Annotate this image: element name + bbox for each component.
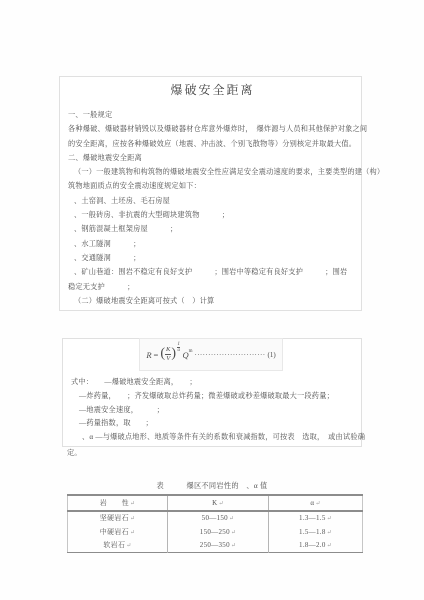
document-page: 爆破安全距离 一、一般规定 各种爆破、爆破器材销毁以及爆破器材仓库意外爆炸时， …	[0, 0, 424, 600]
definition-line: 式中： —爆破地震安全距离， ；	[71, 376, 358, 390]
table-header-alpha: α↵	[269, 495, 363, 511]
list-item: 、水工隧洞 ；	[68, 237, 357, 251]
list-item: 稳定无支护 ；	[68, 280, 357, 294]
cell-value: 50—150	[202, 514, 228, 522]
list-item: 、交通隧洞 ；	[68, 251, 357, 265]
table-cell: 1.5—1.8↵	[269, 525, 363, 539]
paragraph-line: （二）爆破地震安全距离可按式（ ）计算	[68, 294, 357, 308]
table-caption: 表 爆区不同岩性的 、α 值	[0, 481, 424, 491]
table-cell: 150—250↵	[168, 525, 269, 539]
list-item: 、土窑洞、土坯房、毛石房屋	[68, 194, 357, 208]
charge-exponent: m	[189, 349, 193, 354]
cell-value: 软岩石	[103, 541, 125, 549]
text-block-general: 爆破安全距离 一、一般规定 各种爆破、爆破器材销毁以及爆破器材仓库意外爆炸时， …	[59, 76, 362, 311]
paragraph-line: 的安全距离，应按各种爆破效应（地震、冲击波、个别飞散物等）分别核定并取最大值。	[68, 137, 357, 151]
table-cell: 坚硬岩石↵	[68, 511, 168, 526]
table-cell: 中硬岩石↵	[68, 525, 168, 539]
return-mark-icon: ↵	[231, 543, 236, 549]
list-item: 、矿山巷道：围岩不稳定有良好支护 ；围岩中等稳定有良好支护 ；围岩	[68, 265, 357, 279]
return-mark-icon: ↵	[315, 501, 320, 507]
table-header-rock-type: 岩 性↵	[68, 495, 168, 511]
rock-properties-table: 岩 性↵ K↵ α↵ 坚硬岩石↵ 50—150↵ 1.3—1.5↵ 中硬岩石↵ …	[67, 494, 363, 553]
return-mark-icon: ↵	[219, 501, 224, 507]
header-label: 岩 性	[100, 499, 129, 507]
return-mark-icon: ↵	[229, 516, 234, 522]
table-cell: 1.8—2.0↵	[269, 539, 363, 553]
definition-line: 、α —与爆破点地形、地质等条件有关的系数和衰减指数，可按表 选取， 或由试验确	[71, 431, 358, 445]
formula-image: R = ( K V ) 1 a Q m ····················…	[139, 338, 283, 371]
definition-line: —药量指数，取 ；	[71, 417, 358, 431]
table-header-row: 岩 性↵ K↵ α↵	[68, 495, 363, 511]
cell-value: 1.3—1.5	[299, 514, 326, 522]
fraction-denominator: V	[166, 355, 170, 363]
table-row: 中硬岩石↵ 150—250↵ 1.5—1.8↵	[68, 525, 363, 539]
definition-overflow-line: 定。	[67, 448, 81, 458]
equals-sign: =	[154, 350, 159, 360]
return-mark-icon: ↵	[126, 543, 131, 549]
header-label: K	[212, 499, 217, 507]
paragraph-line: 各种爆破、爆破器材销毁以及爆破器材仓库意外爆炸时， 爆炸源与人员和其他保护对象之…	[68, 122, 357, 136]
cell-value: 150—250	[200, 528, 230, 536]
return-mark-icon: ↵	[130, 516, 135, 522]
exponent-denominator: a	[178, 348, 180, 353]
paragraph-line: 二、爆破地震安全距离	[68, 151, 357, 165]
cell-value: 中硬岩石	[100, 528, 129, 536]
list-item: 、一般砖房、非抗震的大型砌块建筑物 ；	[68, 208, 357, 222]
header-label: α	[310, 499, 314, 507]
formula-equation: R = ( K V ) 1 a Q m ····················…	[146, 346, 275, 363]
return-mark-icon: ↵	[327, 530, 332, 536]
table-row: 软岩石↵ 250—350↵ 1.8—2.0↵	[68, 539, 363, 553]
cell-value: 坚硬岩石	[100, 514, 129, 522]
table-header-k: K↵	[168, 495, 269, 511]
cell-value: 250—350	[200, 541, 230, 549]
table-cell: 软岩石↵	[68, 539, 168, 553]
left-paren: (	[160, 347, 165, 361]
list-item: 、钢筋混凝土框架房屋 ；	[68, 222, 357, 236]
return-mark-icon: ↵	[327, 516, 332, 522]
right-paren: )	[171, 347, 176, 361]
return-mark-icon: ↵	[130, 501, 135, 507]
text-block-formula: R = ( K V ) 1 a Q m ····················…	[62, 338, 362, 447]
paragraph-line: （一）一般建筑物和构筑物的爆破地震安全性应满足安全震动速度的要求，主要类型的建（…	[68, 165, 357, 179]
table-cell: 50—150↵	[168, 511, 269, 526]
paragraph-line: 一、一般规定	[68, 108, 357, 122]
exponent-fraction: 1 a	[177, 342, 180, 354]
page-title: 爆破安全距离	[68, 82, 357, 99]
cell-value: 1.5—1.8	[299, 528, 326, 536]
equation-number: (1)	[267, 351, 275, 359]
table-row: 坚硬岩石↵ 50—150↵ 1.3—1.5↵	[68, 511, 363, 526]
definition-line: —地震安全速度， ；	[71, 404, 358, 418]
return-mark-icon: ↵	[327, 543, 332, 549]
symbol-definitions: 式中： —爆破地震安全距离， ； —炸药量， ；齐发爆破取总炸药量；微差爆破或秒…	[71, 376, 358, 445]
formula-lhs: R	[146, 350, 151, 360]
table-cell: 250—350↵	[168, 539, 269, 553]
definition-line: —炸药量， ；齐发爆破取总炸药量；微差爆破或秒差爆破取最大一段药量；	[71, 390, 358, 404]
return-mark-icon: ↵	[130, 530, 135, 536]
general-paragraphs: 一、一般规定 各种爆破、爆破器材销毁以及爆破器材仓库意外爆炸时， 爆炸源与人员和…	[68, 108, 357, 308]
paragraph-line: 筑物地面质点的安全震动速度规定如下：	[68, 179, 357, 193]
dot-leader: ··························	[194, 351, 265, 359]
return-mark-icon: ↵	[231, 530, 236, 536]
cell-value: 1.8—2.0	[299, 541, 326, 549]
table-cell: 1.3—1.5↵	[269, 511, 363, 526]
